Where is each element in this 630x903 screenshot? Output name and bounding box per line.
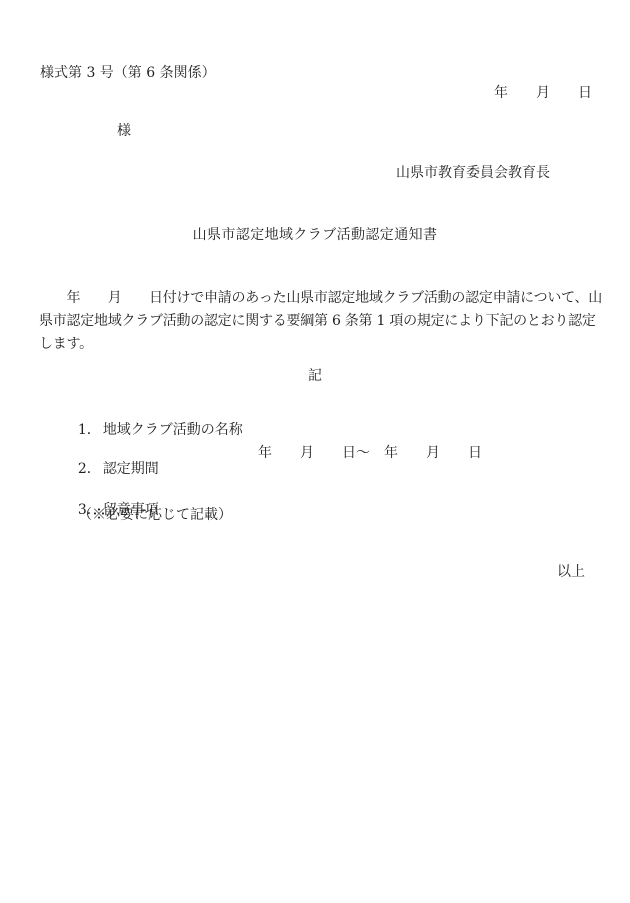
item-note: （※必要に応じて記載） xyxy=(78,507,232,523)
addressee-honorific: 様 xyxy=(117,123,131,139)
body-line: 年 月 日付けで申請のあった山県市認定地域クラブ活動の認定申請について、山 xyxy=(39,287,604,310)
document-page: 様式第 3 号（第 6 条関係） 年 月 日 様 山県市教育委員会教育長 山県市… xyxy=(0,0,630,903)
sender-line: 山県市教育委員会教育長 xyxy=(396,165,550,181)
record-marker: 記 xyxy=(0,368,630,384)
item-number: 1． xyxy=(78,422,103,438)
item-label: 地域クラブ活動の名称 xyxy=(103,422,243,438)
item-number: 2． xyxy=(78,461,103,477)
form-number: 様式第 3 号（第 6 条関係） xyxy=(40,65,216,81)
date-line: 年 月 日 xyxy=(494,85,592,101)
item-label: 認定期間 xyxy=(103,461,159,477)
item-period-blanks: 年 月 日～ 年 月 日 xyxy=(258,445,482,461)
closing-marker: 以上 xyxy=(557,564,585,580)
body-line: 県市認定地域クラブ活動の認定に関する要綱第 6 条第 1 項の規定により下記のと… xyxy=(39,310,604,333)
document-title: 山県市認定地域クラブ活動認定通知書 xyxy=(0,227,630,243)
body-line: します。 xyxy=(39,333,604,356)
body-paragraph: 年 月 日付けで申請のあった山県市認定地域クラブ活動の認定申請について、山 県市… xyxy=(39,287,604,356)
